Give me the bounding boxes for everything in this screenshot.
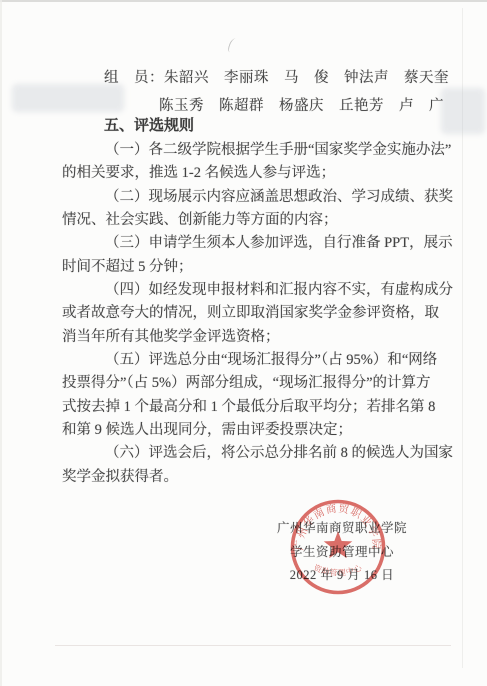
rule-line: 消当年所有其他奖学金评选资格；: [62, 326, 444, 349]
scanned-document-page: 组 员：朱韶兴 李丽珠 马 俊 钟法声 蔡天奎 陈玉秀 陈超群 杨盛庆 丘艳芳 …: [0, 0, 487, 686]
bleed-through-artifact-right: [441, 88, 485, 134]
seal-inner-text: 资助管理中心: [312, 562, 364, 577]
rule-line: （五）评选总分由“现场汇报得分”（占 95%）和“网络: [62, 349, 444, 372]
rule-line: 情况、社会实践、创新能力等方面的内容；: [62, 209, 444, 232]
rule-line: 和第 9 候选人出现同分，需由评委投票决定；: [62, 419, 444, 442]
rule-line: 投票得分”（占 5%）两部分组成，“现场汇报得分”的计算方: [62, 372, 444, 395]
scan-edge-top: [0, 0, 487, 2]
committee-members-line-2: 陈玉秀 陈超群 杨盛庆 丘艳芳 卢 广: [159, 94, 444, 115]
rule-line: （六）评选会后，将公示总分排名前 8 的候选人为国家: [62, 442, 444, 465]
rule-line: 奖学金拟获得者。: [62, 466, 444, 489]
section-heading: 五、评选规则: [104, 114, 194, 135]
bleed-through-artifact-left: [12, 84, 124, 112]
rules-body: （一）各二级学院根据学生手册“国家奖学金实施办法” 的相关要求，推选 1-2 名…: [62, 139, 444, 489]
ink-smudge-artifact: [227, 37, 239, 54]
rule-line: （二）现场展示内容应涵盖思想政治、学习成绩、获奖: [62, 186, 444, 209]
seal-star-icon: [324, 531, 353, 558]
rule-line: 式按去掉 1 个最高分和 1 个最低分后取平均分；若排名第 8: [62, 396, 444, 419]
rule-line: （一）各二级学院根据学生手册“国家奖学金实施办法”: [62, 139, 444, 162]
rule-line: 的相关要求，推选 1-2 名候选人参与评选；: [62, 162, 444, 185]
rule-line: 或者故意夸大的情况，则立即取消国家奖学金参评资格，取: [62, 302, 444, 325]
rule-line: （三）申请学生须本人参加评选，自行准备 PPT，展示: [62, 232, 444, 255]
scan-edge-left: [0, 0, 2, 686]
rule-line: 时间不超过 5 分钟；: [62, 256, 444, 279]
committee-members-line-1: 组 员：朱韶兴 李丽珠 马 俊 钟法声 蔡天奎: [104, 66, 449, 87]
official-seal-stamp: 广州华南商贸职业学院 资助管理中心: [283, 492, 393, 602]
rule-line: （四）如经发现申报材料和汇报内容不实，有虚构成分: [62, 279, 444, 302]
fold-line-artifact: [55, 645, 451, 646]
